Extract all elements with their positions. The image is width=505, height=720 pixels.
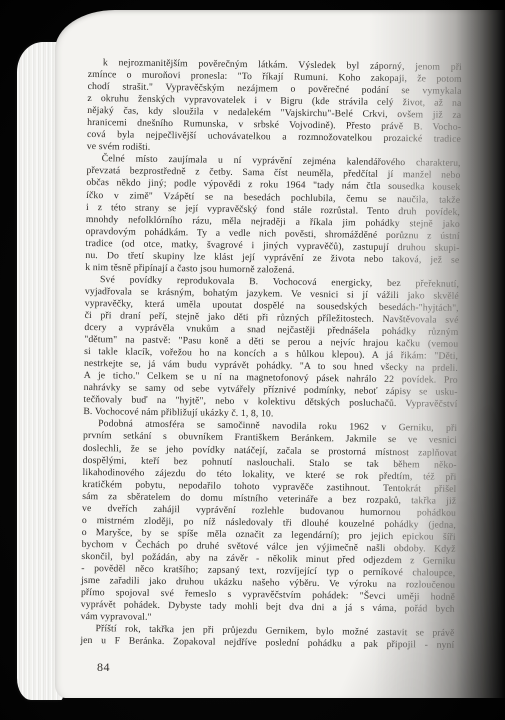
book-page: k nejrozmanitějším pověrečným látkám. Vý… [55, 10, 505, 698]
page-text: k nejrozmanitějším pověrečným látkám. Vý… [80, 57, 462, 652]
paragraph: Čelné místo zaujímala u ní vyprávění zej… [85, 153, 461, 278]
book-scan: k nejrozmanitějším pověrečným látkám. Vý… [0, 0, 505, 720]
page-number: 84 [97, 660, 110, 675]
paragraph: Příští rok, takřka jen při průjezdu Gern… [80, 623, 454, 652]
paragraph: k nejrozmanitějším pověrečným látkám. Vý… [87, 57, 462, 158]
paragraph: Své povídky reprodukovala B. Vochocová e… [83, 274, 459, 423]
paragraph: Podobná atmosféra se samočinně navodila … [81, 418, 458, 628]
